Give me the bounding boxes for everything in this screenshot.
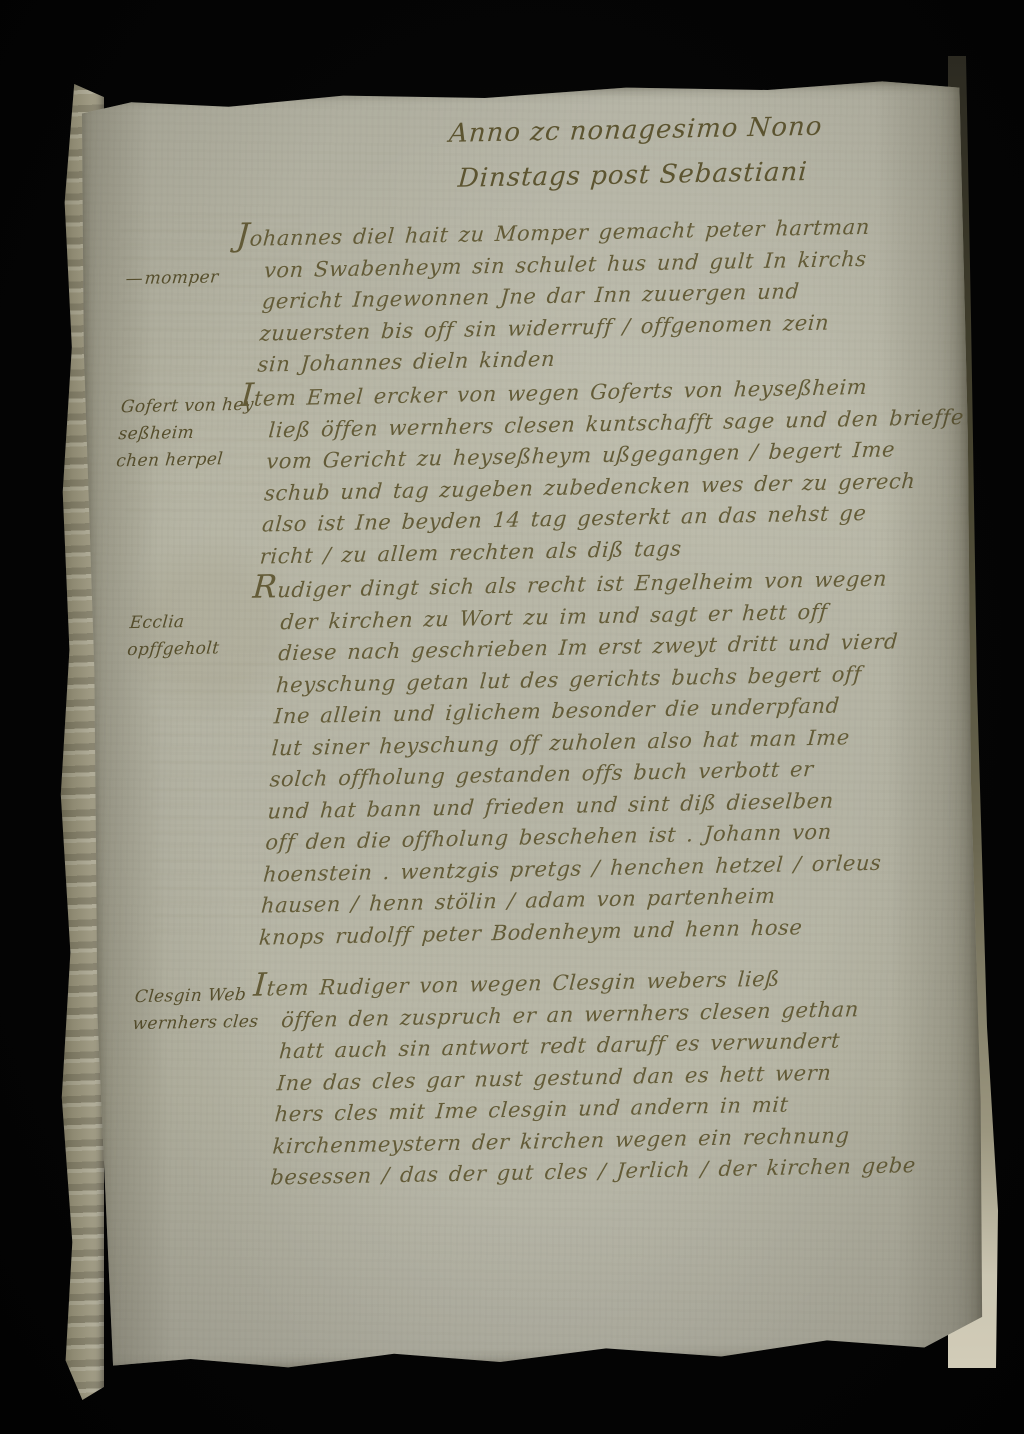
margin-note-clesgin: Clesgin Web wernhers cles (131, 982, 262, 1039)
entry-paragraph-momper: Johannes diel hait zu Momper gemacht pet… (256, 206, 967, 381)
margin-note-ecclesia: Ecclia opffgeholt (126, 608, 223, 664)
margin-note-line: Gofert von hey (120, 392, 255, 422)
photo-background: Anno zc nonagesimo Nono Dinstags post Se… (0, 0, 1024, 1434)
margin-note-momper: momper (124, 264, 219, 293)
margin-note-line: wernhers cles (131, 1009, 259, 1038)
margin-note-line: momper (124, 264, 219, 293)
entry-paragraph-kirche: Rudiger dingt sich als recht ist Engelhe… (258, 558, 984, 954)
manuscript-page: Anno zc nonagesimo Nono Dinstags post Se… (78, 76, 986, 1375)
entry-paragraph-clesgin: Item Rudiger von wegen Clesgin webers li… (269, 956, 984, 1194)
entry-paragraph-ercker: Item Emel ercker von wegen Goferts von h… (259, 366, 972, 573)
margin-note-line: Clesgin Web (134, 982, 262, 1011)
margin-note-gofert: Gofert von hey seßheim chen herpel (115, 392, 255, 476)
margin-note-line: chen herpel (115, 446, 250, 476)
margin-note-line: seßheim (117, 419, 252, 449)
date-heading: Anno zc nonagesimo Nono Dinstags post Se… (396, 104, 872, 203)
heading-line-day: Dinstags post Sebastiani (396, 149, 869, 203)
margin-note-line: Ecclia (128, 608, 222, 637)
margin-note-line: opffgeholt (126, 635, 220, 664)
